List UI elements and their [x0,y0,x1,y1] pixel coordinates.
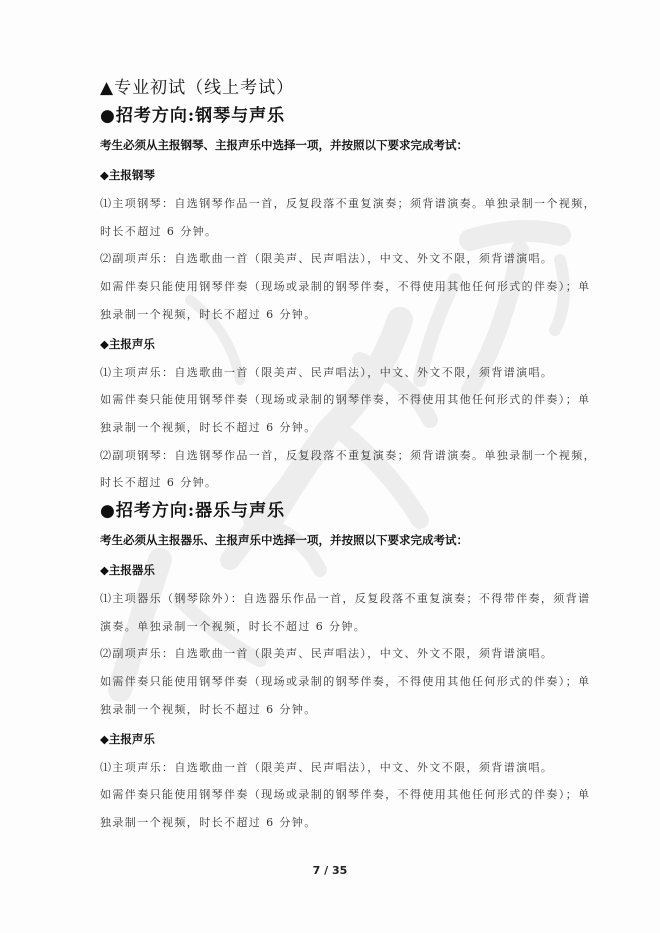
text-line: ⑴主项器乐（钢琴除外）：自选器乐作品一首，反复段落不重复演奏；不得带伴奏，须背谱 [100,585,580,613]
page-indicator: 7 / 35 [0,864,660,877]
option-heading-piano: ◆主报钢琴 [100,160,580,190]
text-line: ⑴主项钢琴：自选钢琴作品一首，反复段落不重复演奏；须背谱演奏。单独录制一个视频， [100,190,580,218]
text-line: ⑵副项钢琴：自选钢琴作品一首，反复段落不重复演奏；须背谱演奏。单独录制一个视频， [100,442,580,470]
text-line: ⑵副项声乐：自选歌曲一首（限美声、民声唱法），中文、外文不限，须背谱演唱。 [100,640,580,668]
text-line: 演奏。单独录制一个视频，时长不超过 6 分钟。 [100,613,580,641]
text-line: 独录制一个视频，时长不超过 6 分钟。 [100,301,580,329]
option-body: ⑴主项钢琴：自选钢琴作品一首，反复段落不重复演奏；须背谱演奏。单独录制一个视频，… [100,190,580,329]
text-line: 时长不超过 6 分钟。 [100,469,580,497]
section-intro: 考生必须从主报器乐、主报声乐中选择一项，并按照以下要求完成考试： [100,525,580,555]
text-line: 如需伴奏只能使用钢琴伴奏（现场或录制的钢琴伴奏，不得使用其他任何形式的伴奏）；单 [100,273,580,301]
text-line: 如需伴奏只能使用钢琴伴奏（现场或录制的钢琴伴奏，不得使用其他任何形式的伴奏）；单 [100,386,580,414]
document-content: ▲专业初试（线上考试） ●招考方向:钢琴与声乐 考生必须从主报钢琴、主报声乐中选… [100,74,580,837]
option-body: ⑴主项器乐（钢琴除外）：自选器乐作品一首，反复段落不重复演奏；不得带伴奏，须背谱… [100,585,580,724]
document-page: ▲专业初试（线上考试） ●招考方向:钢琴与声乐 考生必须从主报钢琴、主报声乐中选… [0,0,660,933]
text-line: 如需伴奏只能使用钢琴伴奏（现场或录制的钢琴伴奏，不得使用其他任何形式的伴奏）；单 [100,668,580,696]
text-line: 独录制一个视频，时长不超过 6 分钟。 [100,809,580,837]
section-heading-piano-vocal: ●招考方向:钢琴与声乐 [100,102,580,130]
text-line: 独录制一个视频，时长不超过 6 分钟。 [100,696,580,724]
option-body: ⑴主项声乐：自选歌曲一首（限美声、民声唱法），中文、外文不限，须背谱演唱。 如需… [100,359,580,498]
section-heading-instrument-vocal: ●招考方向:器乐与声乐 [100,497,580,525]
section-intro: 考生必须从主报钢琴、主报声乐中选择一项，并按照以下要求完成考试： [100,130,580,160]
text-line: 如需伴奏只能使用钢琴伴奏（现场或录制的钢琴伴奏，不得使用其他任何形式的伴奏）；单 [100,781,580,809]
option-heading-vocal: ◆主报声乐 [100,329,580,359]
text-line: ⑴主项声乐：自选歌曲一首（限美声、民声唱法），中文、外文不限，须背谱演唱。 [100,754,580,782]
text-line: 时长不超过 6 分钟。 [100,218,580,246]
page-title: ▲专业初试（线上考试） [100,74,580,102]
option-heading-instrument: ◆主报器乐 [100,555,580,585]
option-body: ⑴主项声乐：自选歌曲一首（限美声、民声唱法），中文、外文不限，须背谱演唱。 如需… [100,754,580,837]
text-line: 独录制一个视频，时长不超过 6 分钟。 [100,414,580,442]
option-heading-vocal: ◆主报声乐 [100,724,580,754]
text-line: ⑴主项声乐：自选歌曲一首（限美声、民声唱法），中文、外文不限，须背谱演唱。 [100,359,580,387]
text-line: ⑵副项声乐：自选歌曲一首（限美声、民声唱法），中文、外文不限，须背谱演唱。 [100,245,580,273]
